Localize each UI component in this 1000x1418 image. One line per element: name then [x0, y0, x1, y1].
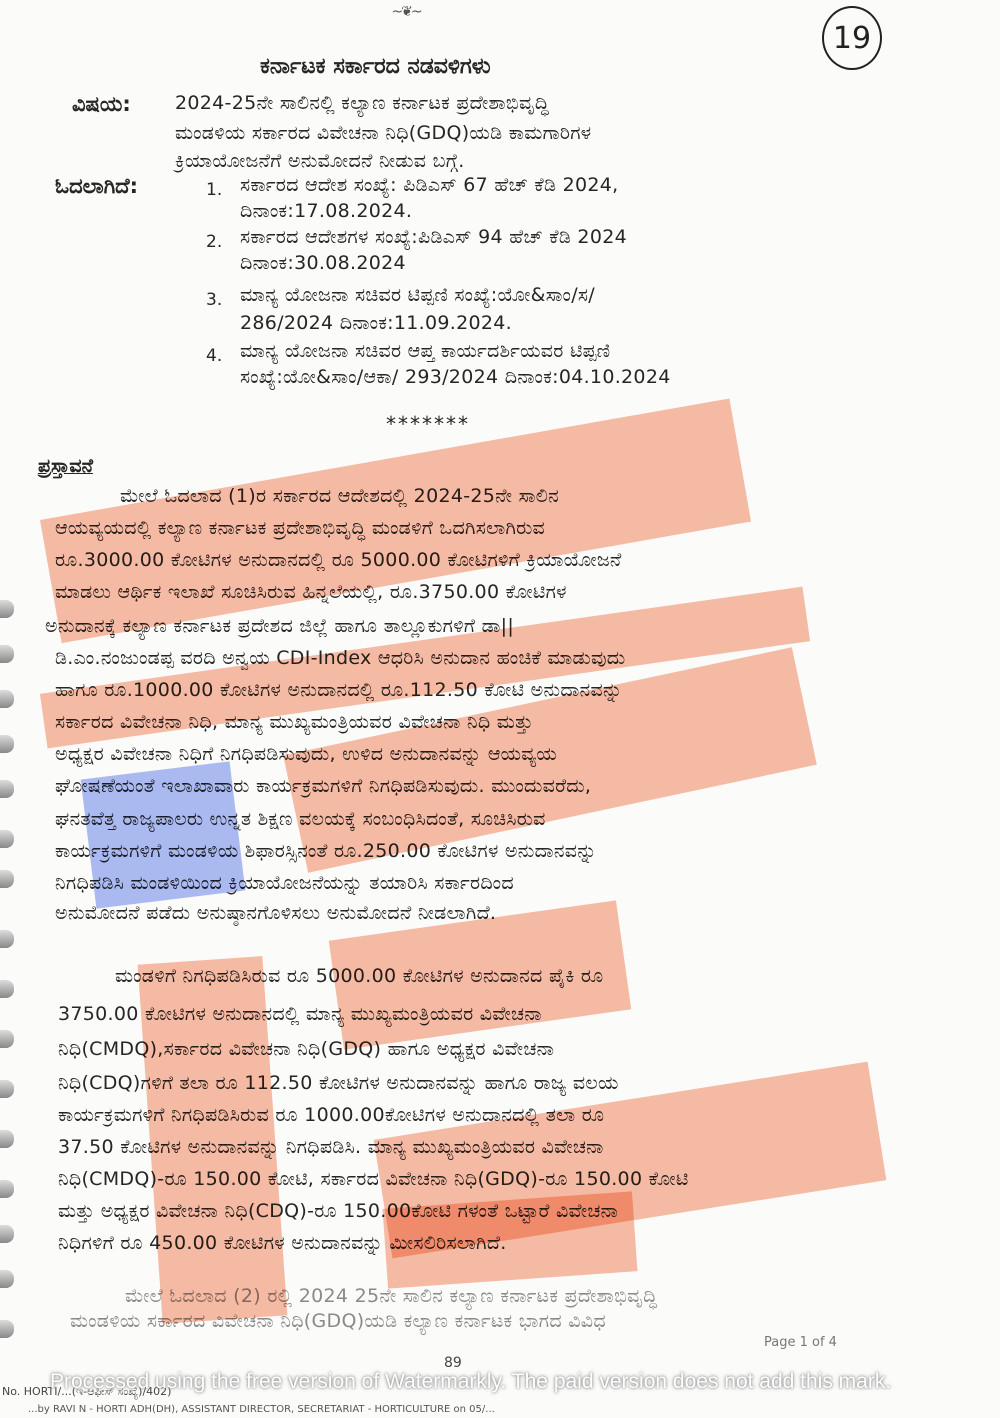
- watermark-text: Processed using the free version of Wate…: [50, 1370, 891, 1394]
- paragraph-line: ಮೇಲೆ ಓದಲಾದ (1)ರ ಸರ್ಕಾರದ ಆದೇಶದಲ್ಲಿ 2024-2…: [120, 485, 559, 507]
- paragraph-line: ಮಂಡಳಿಗೆ ನಿಗಧಿಪಡಿಸಿರುವ ರೂ 5000.00 ಕೋಟಿಗಳ …: [115, 965, 603, 987]
- paragraph-line: ನಿಧಿ(CDQ)ಗಳಿಗೆ ತಲಾ ರೂ 112.50 ಕೋಟಿಗಳ ಅನುದ…: [58, 1072, 619, 1094]
- paragraph-line: ಡಿ.ಎಂ.ನಂಜುಂಡಪ್ಪ ವರದಿ ಅನ್ವಯ CDI-Index ಆಧರ…: [55, 647, 625, 669]
- reference-line: ಸರ್ಕಾರದ ಆದೇಶಗಳ ಸಂಖ್ಯೆ:ಪಿಡಿಎಸ್ 94 ಹೆಚ್ ಕೆ…: [240, 226, 627, 248]
- paragraph-line: ಆಯವ್ಯಯದಲ್ಲಿ ಕಲ್ಯಾಣ ಕರ್ನಾಟಕ ಪ್ರದೇಶಾಭಿವೃದ್…: [55, 517, 545, 539]
- subject-label: ವಿಷಯ:: [72, 92, 131, 117]
- document-heading: ಕರ್ನಾಟಕ ಸರ್ಕಾರದ ನಡವಳಿಗಳು: [260, 54, 491, 79]
- paragraph-line: ನಿಗಧಿಪಡಿಸಿ ಮಂಡಳಿಯಿಂದ ಕ್ರಿಯಾಯೋಜನೆಯನ್ನು ತಯ…: [55, 872, 514, 894]
- subject-line: 2024-25ನೇ ಸಾಲಿನಲ್ಲಿ ಕಲ್ಯಾಣ ಕರ್ನಾಟಕ ಪ್ರದೇ…: [175, 92, 549, 114]
- paragraph-line: ಅಧ್ಯಕ್ಷರ ವಿವೇಚನಾ ನಿಧಿಗೆ ನಿಗಧಿಪಡಿಸುವುದು, …: [55, 743, 557, 765]
- paragraph-line: ರೂ.3000.00 ಕೋಟಿಗಳ ಅನುದಾನದಲ್ಲಿ ರೂ 5000.00…: [55, 549, 622, 571]
- paragraph-line: 3750.00 ಕೋಟಿಗಳ ಅನುದಾನದಲ್ಲಿ ಮಾನ್ಯ ಮುಖ್ಯಮಂ…: [58, 1003, 542, 1025]
- paragraph-line: ಘನತವೆತ್ತ ರಾಜ್ಯಪಾಲರು ಉನ್ನತ ಶಿಕ್ಷಣ ವಲಯಕ್ಕೆ…: [55, 808, 546, 830]
- footer-signature-line: ...by RAVI N - HORTI ADH(DH), ASSISTANT …: [28, 1404, 495, 1415]
- separator: *******: [386, 412, 470, 436]
- paragraph-line: ನಿಧಿ(CMDQ)-ರೂ 150.00 ಕೋಟಿ, ಸರ್ಕಾರದ ವಿವೇಚ…: [58, 1168, 689, 1190]
- paragraph-line: ನಿಧಿ(CMDQ),ಸರ್ಕಾರದ ವಿವೇಚನಾ ನಿಧಿ(GDQ) ಹಾಗ…: [58, 1038, 554, 1060]
- preamble-title: ಪ್ರಸ್ತಾವನೆ: [38, 455, 93, 477]
- reference-number: 4.: [206, 346, 222, 366]
- paragraph-line: ನಿಧಿಗಳಿಗೆ ರೂ 450.00 ಕೋಟಿಗಳ ಅನುದಾನವನ್ನು ಮ…: [58, 1232, 507, 1254]
- paragraph-line: ಹಾಗೂ ರೂ.1000.00 ಕೋಟಿಗಳ ಅನುದಾನದಲ್ಲಿ ರೂ.11…: [55, 679, 622, 701]
- paragraph-line: ಮಾಡಲು ಆರ್ಥಿಕ ಇಲಾಖೆ ಸೂಚಿಸಿರುವ ಹಿನ್ನಲೆಯಲ್ಲ…: [55, 581, 567, 603]
- reference-line: ಸಂಖ್ಯೆ:ಯೋ&ಸಾಂ/ಆಕಾ/ 293/2024 ದಿನಾಂಕ:04.10…: [240, 366, 671, 388]
- paragraph-line: 37.50 ಕೋಟಿಗಳ ಅನುದಾನವನ್ನು ನಿಗಧಿಪಡಿಸಿ. ಮಾನ…: [58, 1136, 604, 1158]
- reference-line: 286/2024 ದಿನಾಂಕ:11.09.2024.: [240, 312, 512, 334]
- scan-page-number: 89: [444, 1355, 462, 1371]
- paragraph-line: ಮತ್ತು ಅಧ್ಯಕ್ಷರ ವಿವೇಚನಾ ನಿಧಿ(CDQ)-ರೂ 150.…: [58, 1200, 618, 1222]
- handwritten-page-number: 19: [822, 6, 882, 70]
- reference-number: 1.: [206, 180, 222, 200]
- paragraph-line: ಘೋಷಣೆಯಂತೆ ಇಲಾಖಾವಾರು ಕಾರ್ಯಕ್ರಮಗಳಿಗೆ ನಿಗಧಿ…: [55, 775, 591, 797]
- reference-line: ದಿನಾಂಕ:17.08.2024.: [240, 200, 412, 222]
- subject-line: ಮಂಡಳಿಯ ಸರ್ಕಾರದ ವಿವೇಚನಾ ನಿಧಿ(GDQ)ಯಡಿ ಕಾಮಗ…: [175, 122, 591, 144]
- emblem-ornament: ~❦~: [368, 4, 444, 22]
- paragraph-line: ಕಾರ್ಯಕ್ರಮಗಳಿಗೆ ನಿಗಧಿಪಡಿಸಿರುವ ರೂ 1000.00ಕ…: [58, 1104, 604, 1126]
- reference-line: ಮಾನ್ಯ ಯೋಜನಾ ಸಚಿವರ ಆಪ್ತ ಕಾರ್ಯದರ್ಶಿಯವರ ಟಿಪ…: [240, 340, 610, 362]
- reference-number: 2.: [206, 232, 222, 252]
- paragraph-line: ಅನುಮೋದನೆ ಪಡೆದು ಅನುಷ್ಠಾನಗೊಳಿಸಲು ಅನುಮೋದನೆ …: [55, 902, 496, 924]
- paragraph-line: ಕಾರ್ಯಕ್ರಮಗಳಿಗೆ ಮಂಡಳಿಯ ಶಿಫಾರಸ್ಸಿನಂತೆ ರೂ.2…: [55, 840, 597, 862]
- references-label: ಓದಲಾಗಿದೆ:: [55, 174, 138, 199]
- reference-line: ಮಾನ್ಯ ಯೋಜನಾ ಸಚಿವರ ಟಿಪ್ಪಣಿ ಸಂಖ್ಯೆ:ಯೋ&ಸಾಂ/…: [240, 284, 595, 306]
- subject-line: ಕ್ರಿಯಾಯೋಜನೆಗೆ ಅನುಮೋದನೆ ನೀಡುವ ಬಗ್ಗೆ.: [175, 150, 465, 172]
- paragraph-line: ಮೇಲೆ ಓದಲಾದ (2) ರಲ್ಲಿ 2024 25ನೇ ಸಾಲಿನ ಕಲ್…: [125, 1285, 657, 1307]
- reference-line: ಸರ್ಕಾರದ ಆದೇಶ ಸಂಖ್ಯೆ: ಪಿಡಿಎಸ್ 67 ಹೆಚ್ ಕೆಡ…: [240, 174, 618, 196]
- reference-number: 3.: [206, 290, 222, 310]
- page-footer: Page 1 of 4: [764, 1335, 837, 1350]
- paragraph-line: ಅನುದಾನಕ್ಕೆ ಕಲ್ಯಾಣ ಕರ್ನಾಟಕ ಪ್ರದೇಶದ ಜಿಲ್ಲೆ…: [45, 615, 514, 637]
- paragraph-line: ಸರ್ಕಾರದ ವಿವೇಚನಾ ನಿಧಿ, ಮಾನ್ಯ ಮುಖ್ಯಮಂತ್ರಿಯ…: [55, 711, 533, 733]
- scanned-document-page: ~❦~ 19 ಕರ್ನಾಟಕ ಸರ್ಕಾರದ ನಡವಳಿಗಳು ವಿಷಯ: 20…: [0, 0, 1000, 1418]
- reference-line: ದಿನಾಂಕ:30.08.2024: [240, 252, 406, 274]
- paragraph-line: ಮಂಡಳಿಯ ಸರ್ಕಾರದ ವಿವೇಚನಾ ನಿಧಿ(GDQ)ಯಡಿ ಕಲ್ಯ…: [70, 1310, 606, 1332]
